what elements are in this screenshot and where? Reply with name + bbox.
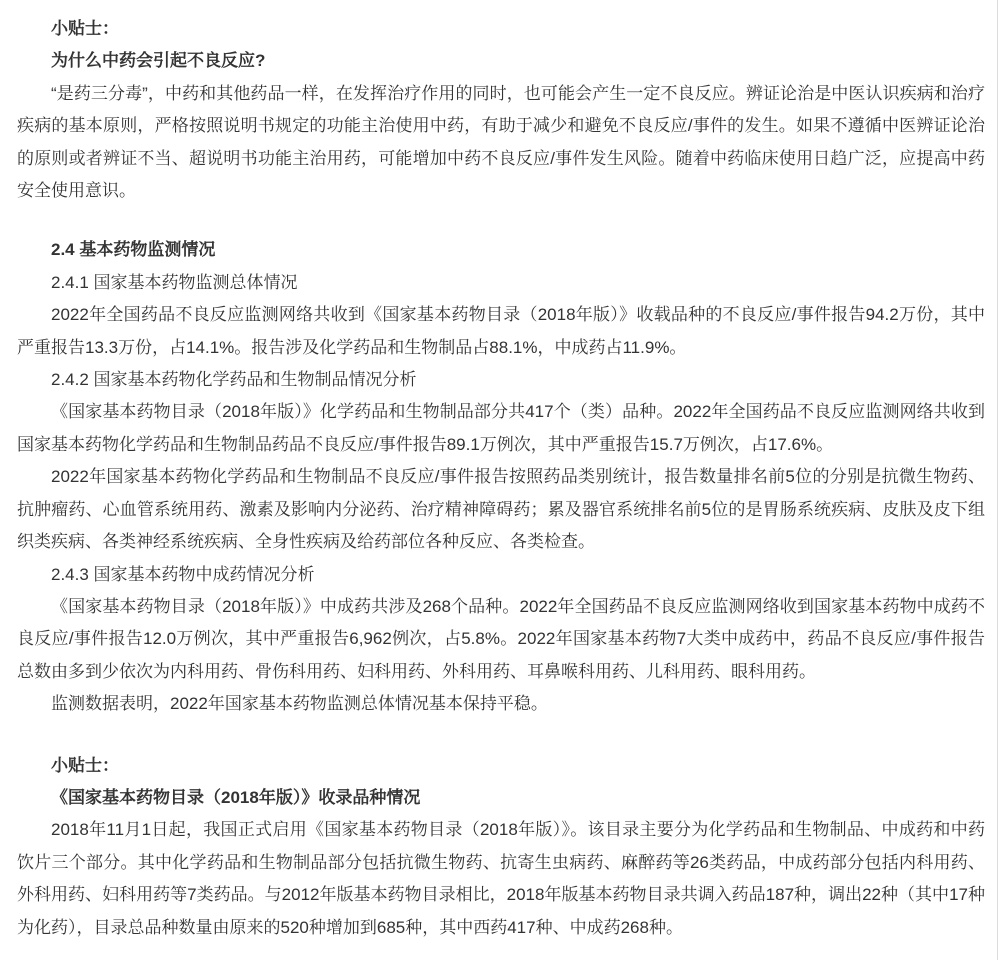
- section-spacer: [17, 721, 985, 750]
- tip-bottom-label: 小贴士：: [17, 750, 985, 782]
- section-2-4-2-paragraph-2: 2022年国家基本药物化学药品和生物制品不良反应/事件报告按照药品类别统计，报告…: [17, 461, 985, 558]
- tip-top-label: 小贴士：: [17, 13, 985, 45]
- section-2-4-3-heading: 2.4.3 国家基本药物中成药情况分析: [17, 559, 985, 591]
- tip-bottom-title: 《国家基本药物目录（2018年版）》收录品种情况: [17, 782, 985, 814]
- section-2-4: 2.4 基本药物监测情况 2.4.1 国家基本药物监测总体情况 2022年全国药…: [17, 234, 985, 720]
- section-2-4-heading: 2.4 基本药物监测情况: [17, 234, 985, 266]
- section-2-4-3-paragraph: 《国家基本药物目录（2018年版）》中成药共涉及268个品种。2022年全国药品…: [17, 591, 985, 688]
- section-spacer: [17, 207, 985, 234]
- section-2-4-1-paragraph: 2022年全国药品不良反应监测网络共收到《国家基本药物目录（2018年版）》收载…: [17, 299, 985, 364]
- section-2-4-2-heading: 2.4.2 国家基本药物化学药品和生物制品情况分析: [17, 364, 985, 396]
- tip-box-top: 小贴士： 为什么中药会引起不良反应? “是药三分毒”，中药和其他药品一样，在发挥…: [17, 13, 985, 207]
- tip-top-question: 为什么中药会引起不良反应?: [17, 45, 985, 77]
- section-2-4-1-heading: 2.4.1 国家基本药物监测总体情况: [17, 267, 985, 299]
- section-2-4-conclusion: 监测数据表明，2022年国家基本药物监测总体情况基本保持平稳。: [17, 688, 985, 720]
- article-page: 小贴士： 为什么中药会引起不良反应? “是药三分毒”，中药和其他药品一样，在发挥…: [0, 0, 998, 960]
- tip-box-bottom: 小贴士： 《国家基本药物目录（2018年版）》收录品种情况 2018年11月1日…: [17, 750, 985, 944]
- section-2-4-2-paragraph-1: 《国家基本药物目录（2018年版）》化学药品和生物制品部分共417个（类）品种。…: [17, 396, 985, 461]
- tip-bottom-paragraph: 2018年11月1日起，我国正式启用《国家基本药物目录（2018年版）》。该目录…: [17, 814, 985, 944]
- tip-top-paragraph: “是药三分毒”，中药和其他药品一样，在发挥治疗作用的同时，也可能会产生一定不良反…: [17, 78, 985, 208]
